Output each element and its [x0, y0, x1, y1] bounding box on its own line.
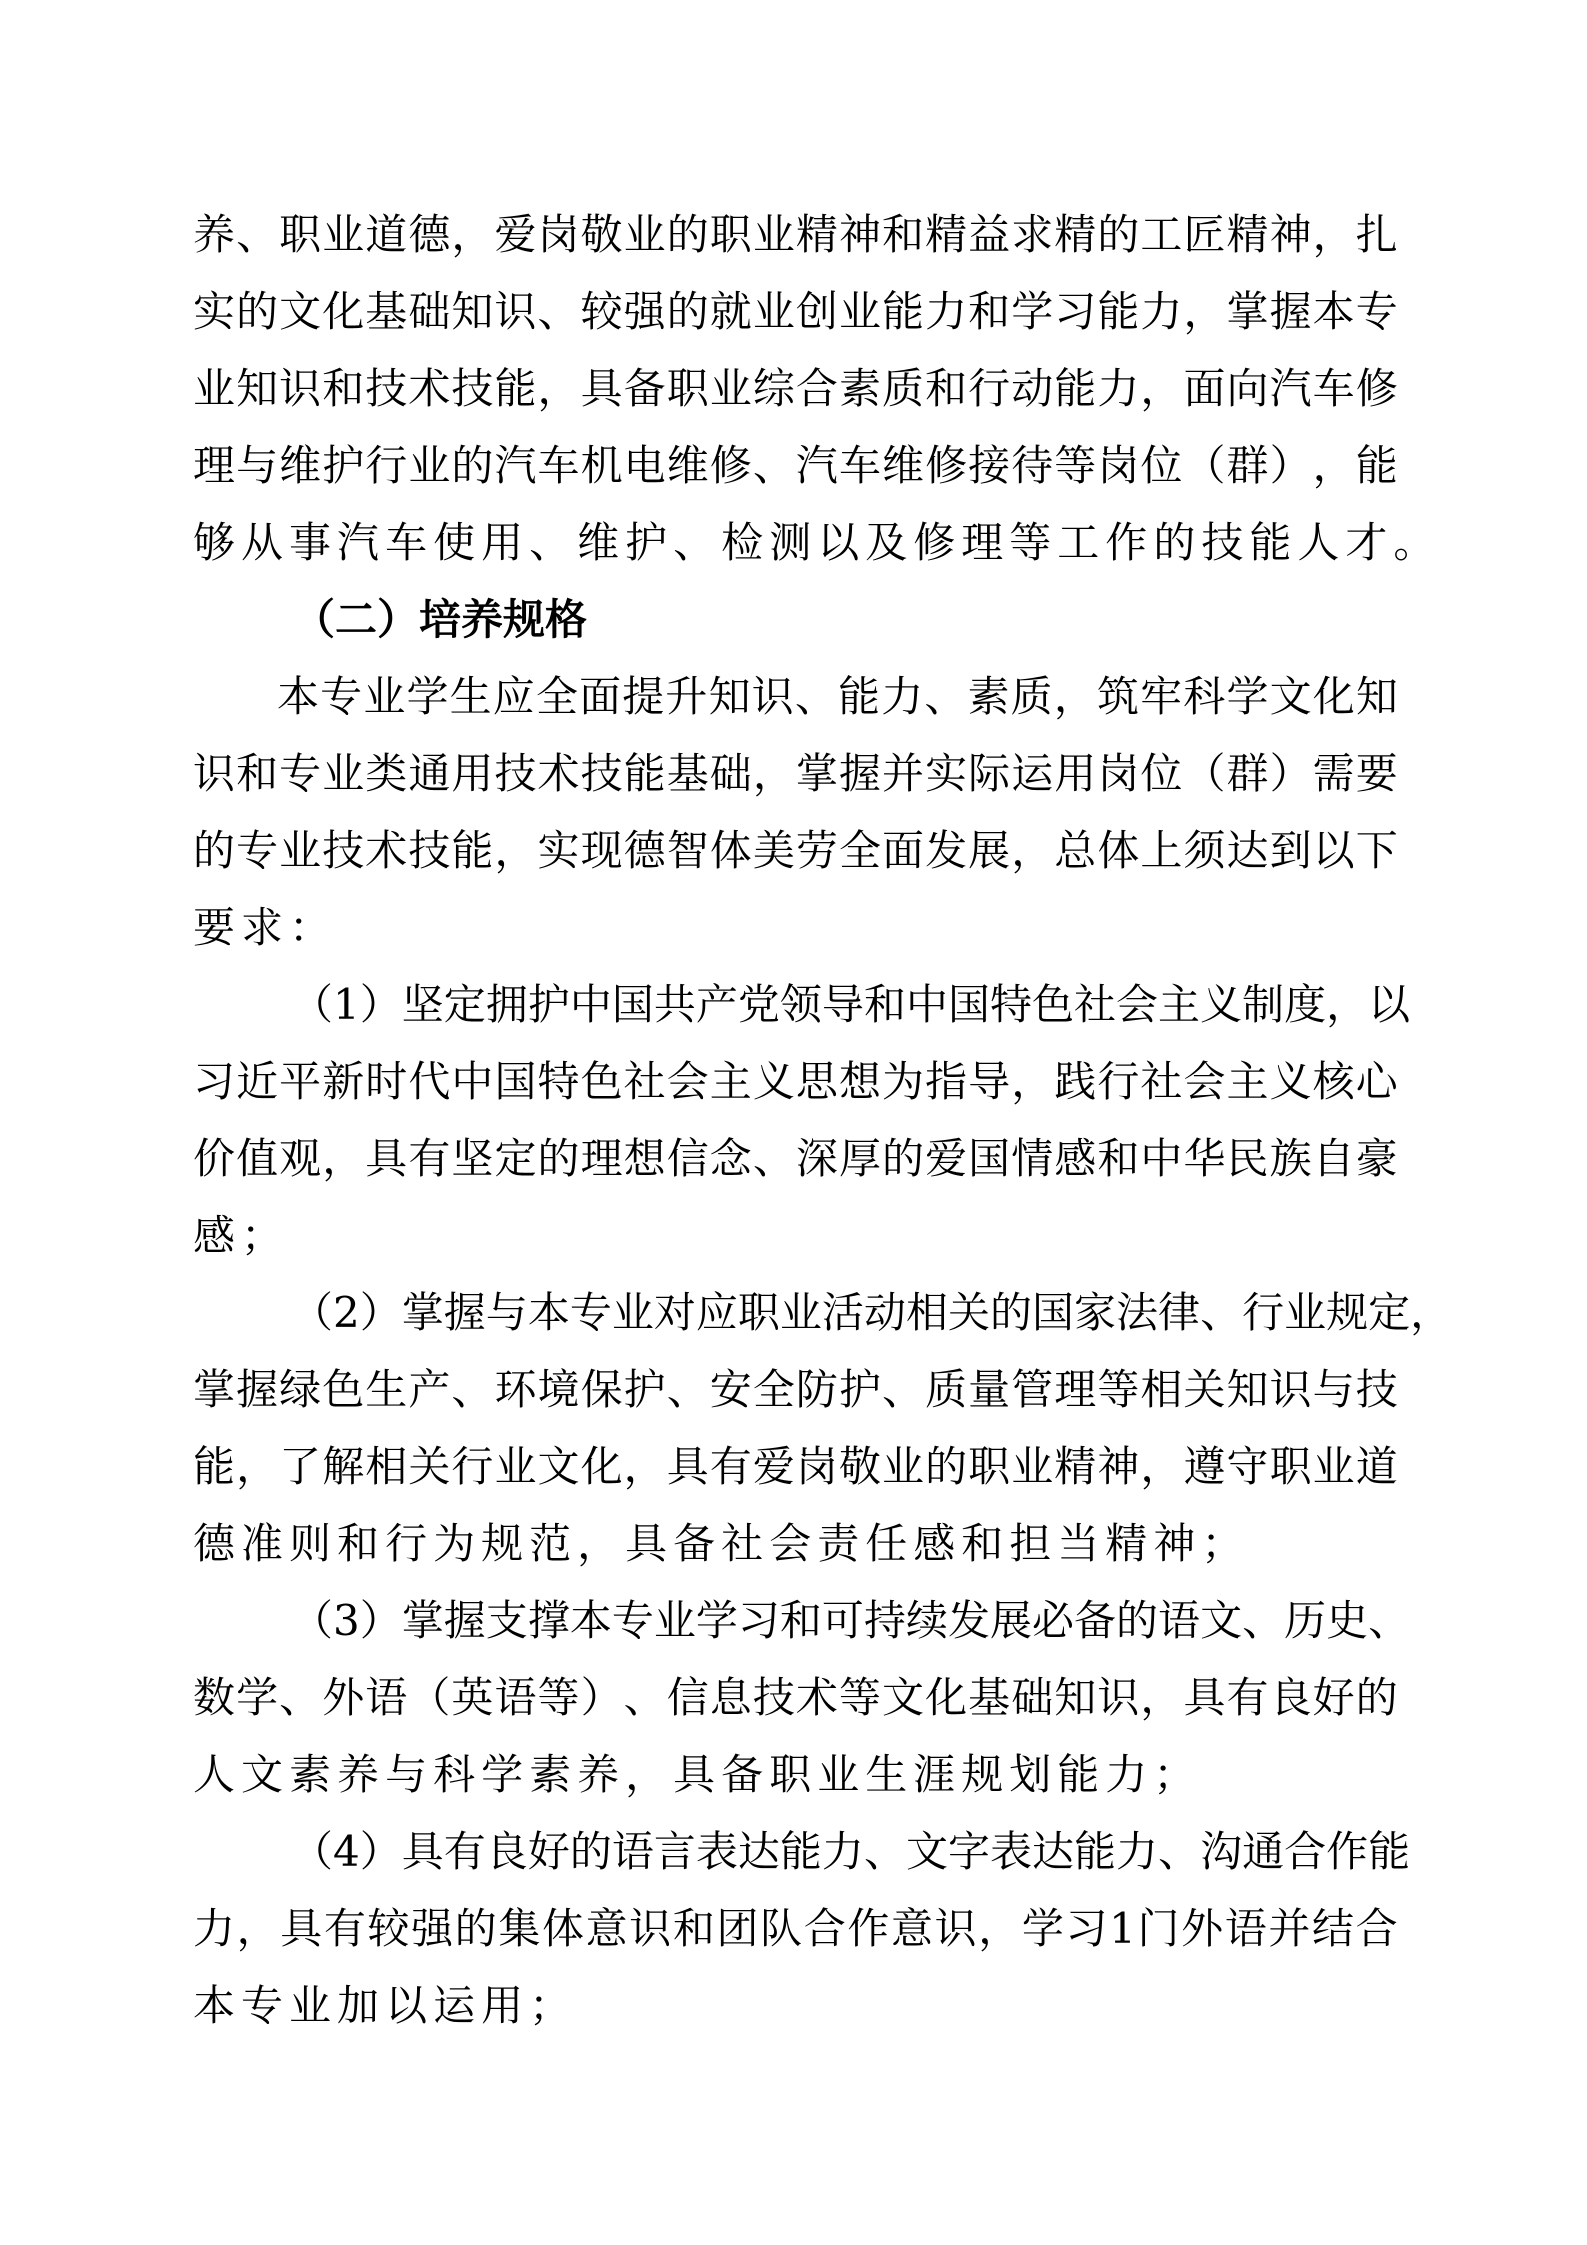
glyph: 业 — [654, 1591, 696, 1651]
glyph: 可 — [822, 1591, 864, 1651]
glyph: 知 — [709, 667, 751, 727]
glyph: 具 — [1183, 1668, 1225, 1728]
glyph: 职 — [769, 1745, 811, 1805]
glyph: 担 — [1009, 1514, 1051, 1574]
glyph: 爱 — [494, 205, 536, 265]
glyph: 质 — [882, 359, 924, 419]
glyph: 相 — [365, 1437, 407, 1497]
glyph: 、 — [924, 667, 966, 727]
glyph: 信 — [667, 1129, 709, 1189]
glyph: 群 — [1227, 436, 1269, 496]
glyph: 相 — [1140, 1360, 1182, 1420]
glyph: 较 — [368, 1899, 410, 1959]
glyph: ， — [577, 1514, 619, 1574]
glyph: 应 — [493, 667, 535, 727]
text-line: 实的文化基础知识、较强的就业创业能力和学习能力，掌握本专 — [193, 282, 1398, 359]
glyph: 业 — [1284, 1283, 1326, 1343]
glyph: 学 — [236, 1668, 278, 1728]
glyph: 养 — [193, 205, 235, 265]
glyph: 知 — [1227, 1360, 1269, 1420]
glyph: ， — [1183, 282, 1225, 342]
glyph: 识 — [629, 1899, 671, 1959]
glyph: 行 — [1242, 1283, 1284, 1343]
glyph: 律 — [1158, 1283, 1200, 1343]
text-line: 识和专业类通用技术技能基础，掌握并实际运用岗位（群）需要 — [193, 744, 1398, 821]
text-line: （1）坚定拥护中国共产党领导和中国特色社会主义制度，以 — [193, 975, 1398, 1052]
glyph: 全 — [753, 1360, 795, 1420]
glyph: （ — [408, 1668, 450, 1728]
glyph: 全 — [536, 667, 578, 727]
glyph: （ — [291, 975, 333, 1035]
glyph: 精 — [1227, 205, 1269, 265]
glyph: 意 — [586, 1899, 628, 1959]
glyph: 展 — [968, 821, 1010, 881]
glyph: 有 — [444, 1822, 486, 1882]
glyph: 维 — [882, 436, 924, 496]
glyph: 业 — [408, 436, 450, 496]
glyph: 备 — [721, 1745, 763, 1805]
glyph: 义 — [1200, 975, 1242, 1035]
glyph: 能 — [1356, 436, 1398, 496]
glyph: 技 — [1201, 513, 1243, 573]
glyph: ， — [322, 1129, 364, 1189]
glyph: 技 — [365, 359, 407, 419]
glyph: 语 — [1158, 1591, 1200, 1651]
glyph: 价 — [193, 1129, 235, 1189]
glyph: 掌 — [402, 1591, 444, 1651]
glyph: 值 — [236, 1129, 278, 1189]
glyph: 握 — [1270, 282, 1312, 342]
glyph: 环 — [494, 1360, 536, 1420]
glyph: 能 — [1097, 282, 1139, 342]
glyph: 能 — [882, 282, 924, 342]
glyph: 英 — [451, 1668, 493, 1728]
glyph: ， — [624, 1437, 666, 1497]
requirement-item-2: （2）掌握与本专业对应职业活动相关的国家法律、行业规定， 掌握绿色生产、环境保护… — [193, 1283, 1398, 1591]
glyph: 中 — [451, 1052, 493, 1112]
glyph: （ — [291, 1591, 333, 1651]
glyph: 通 — [408, 744, 450, 804]
glyph: 技 — [408, 821, 450, 881]
glyph: 和 — [673, 1899, 715, 1959]
glyph: 观 — [279, 1129, 321, 1189]
glyph: 科 — [433, 1745, 475, 1805]
glyph: ， — [538, 359, 580, 419]
glyph: ， — [237, 1899, 279, 1959]
glyph: 定 — [1368, 1283, 1410, 1343]
glyph: 从 — [241, 513, 283, 573]
glyph: 的 — [1356, 1668, 1398, 1728]
glyph: 业 — [753, 282, 795, 342]
glyph: 有 — [1227, 1668, 1269, 1728]
glyph: 养 — [337, 1745, 379, 1805]
glyph: 持 — [864, 1591, 906, 1651]
glyph: 新 — [322, 1052, 364, 1112]
glyph: 专 — [241, 1976, 283, 2036]
text-line: 本专业学生应全面提升知识、能力、素质，筑牢科学文化知 — [193, 667, 1398, 744]
glyph: 外 — [322, 1668, 364, 1728]
glyph: 行 — [365, 436, 407, 496]
glyph: 的 — [667, 282, 709, 342]
glyph: 业 — [322, 744, 364, 804]
glyph: 会 — [769, 1514, 811, 1574]
glyph: 、 — [1368, 1591, 1410, 1651]
glyph: 会 — [1116, 975, 1158, 1035]
glyph: 能 — [451, 821, 493, 881]
glyph: 保 — [581, 1360, 623, 1420]
glyph: 队 — [760, 1899, 802, 1959]
glyph: 涯 — [913, 1745, 955, 1805]
glyph: 动 — [864, 1283, 906, 1343]
glyph: ， — [451, 205, 493, 265]
glyph: 学 — [406, 667, 448, 727]
glyph: 要 — [193, 898, 235, 958]
glyph: 主 — [710, 1052, 752, 1112]
glyph: 达 — [1032, 1822, 1074, 1882]
glyph: 能 — [193, 1437, 235, 1497]
glyph: 撑 — [528, 1591, 570, 1651]
glyph: 。 — [1393, 513, 1435, 573]
glyph: 主 — [1227, 1052, 1269, 1112]
glyph: 人 — [193, 1745, 235, 1805]
glyph: 术 — [365, 821, 407, 881]
glyph: 汽 — [337, 513, 379, 573]
glyph: 社 — [624, 1052, 666, 1112]
glyph: 车 — [1313, 359, 1355, 419]
glyph: 情 — [1011, 1129, 1053, 1189]
glyph: 能 — [838, 667, 880, 727]
glyph: 想 — [624, 1129, 666, 1189]
document-page: 养、职业道德，爱岗敬业的职业精神和精益求精的工匠精神，扎 实的文化基础知识、较强… — [0, 0, 1587, 2245]
glyph: 规 — [481, 1514, 523, 1574]
glyph: 的 — [925, 1437, 967, 1497]
glyph: 业 — [1011, 1437, 1053, 1497]
glyph: 感 — [193, 1206, 235, 1266]
glyph: 使 — [433, 513, 475, 573]
glyph: 学 — [1011, 282, 1053, 342]
glyph: 敬 — [839, 1437, 881, 1497]
glyph: 知 — [236, 359, 278, 419]
glyph: 与 — [236, 436, 278, 496]
glyph: 范 — [529, 1514, 571, 1574]
glyph: 文 — [279, 282, 321, 342]
glyph: 神 — [1270, 205, 1312, 265]
glyph: 职 — [1270, 1437, 1312, 1497]
glyph: 的 — [570, 1822, 612, 1882]
glyph: 坚 — [402, 975, 444, 1035]
glyph: 中 — [570, 975, 612, 1035]
glyph: 护 — [624, 1360, 666, 1420]
glyph: ， — [1140, 1437, 1182, 1497]
glyph: 技 — [451, 359, 493, 419]
glyph: 岗 — [1097, 436, 1139, 496]
glyph: 劳 — [796, 821, 838, 881]
glyph: 关 — [408, 1437, 450, 1497]
glyph: 工 — [1140, 205, 1182, 265]
glyph: 中 — [1140, 1129, 1182, 1189]
glyph: 集 — [498, 1899, 540, 1959]
glyph: 规 — [961, 1745, 1003, 1805]
glyph: ） — [360, 1822, 402, 1882]
glyph: 养 — [577, 1745, 619, 1805]
glyph: 修 — [925, 436, 967, 496]
glyph: 义 — [753, 1052, 795, 1112]
glyph: 识 — [1270, 1360, 1312, 1420]
glyph: 握 — [444, 1283, 486, 1343]
glyph: 位 — [1140, 436, 1182, 496]
glyph: 习 — [738, 1591, 780, 1651]
glyph: 术 — [796, 1668, 838, 1728]
glyph: 的 — [538, 1129, 580, 1189]
glyph: 需 — [1313, 744, 1355, 804]
glyph: 业 — [1313, 1437, 1355, 1497]
glyph: 产 — [408, 1360, 450, 1420]
glyph: 的 — [1153, 513, 1195, 573]
glyph: 厚 — [839, 1129, 881, 1189]
glyph: 、 — [236, 205, 278, 265]
glyph: 史 — [1326, 1591, 1368, 1651]
glyph: 色 — [322, 1360, 364, 1420]
glyph: 共 — [654, 975, 696, 1035]
glyph: 习 — [1066, 1899, 1108, 1959]
glyph: 力 — [881, 667, 923, 727]
glyph: 以 — [385, 1976, 427, 2036]
glyph: 能 — [1054, 359, 1096, 419]
glyph: 时 — [365, 1052, 407, 1112]
glyph: 核 — [1313, 1052, 1355, 1112]
glyph: 表 — [696, 1822, 738, 1882]
glyph: 作 — [1326, 1822, 1368, 1882]
glyph: 业 — [279, 821, 321, 881]
glyph: 为 — [433, 1514, 475, 1574]
glyph: 作 — [1105, 513, 1147, 573]
glyph: 并 — [882, 744, 924, 804]
glyph: ； — [1201, 1514, 1243, 1574]
glyph: ， — [1011, 821, 1053, 881]
glyph: 具 — [365, 1129, 407, 1189]
text-line: 数学、外语（英语等）、信息技术等文化基础知识，具有良好的 — [193, 1668, 1398, 1745]
glyph: 和 — [864, 975, 906, 1035]
section-heading-text: （二）培养规格 — [193, 590, 1398, 667]
glyph: 必 — [1032, 1591, 1074, 1651]
glyph: 力 — [822, 1822, 864, 1882]
glyph: 专 — [320, 667, 362, 727]
glyph: 准 — [241, 1514, 283, 1574]
glyph: 础 — [1011, 1668, 1053, 1728]
glyph: 、 — [795, 667, 837, 727]
glyph: 术 — [538, 744, 580, 804]
glyph: 好 — [528, 1822, 570, 1882]
glyph: 合 — [796, 359, 838, 419]
glyph: 华 — [1183, 1129, 1225, 1189]
glyph: 体 — [1097, 821, 1139, 881]
glyph: 、 — [451, 1360, 493, 1420]
glyph: 安 — [710, 1360, 752, 1420]
glyph: ， — [625, 1745, 667, 1805]
glyph: 事 — [289, 513, 331, 573]
glyph: 支 — [486, 1591, 528, 1651]
glyph: ， — [978, 1899, 1020, 1959]
text-line: 要求： — [193, 898, 1398, 975]
glyph: 产 — [696, 975, 738, 1035]
glyph: 职 — [710, 205, 752, 265]
glyph: 掌 — [1227, 282, 1269, 342]
glyph: 知 — [1054, 1668, 1096, 1728]
glyph: 达 — [738, 1822, 780, 1882]
glyph: 划 — [1009, 1745, 1051, 1805]
glyph: ， — [753, 744, 795, 804]
glyph: 文 — [241, 1745, 283, 1805]
glyph: 业 — [193, 359, 235, 419]
glyph: 力 — [1097, 359, 1139, 419]
glyph: 与 — [486, 1283, 528, 1343]
glyph: 念 — [710, 1129, 752, 1189]
glyph: 的 — [193, 821, 235, 881]
glyph: 提 — [622, 667, 664, 727]
glyph: ， — [1011, 1052, 1053, 1112]
glyph: 职 — [968, 1437, 1010, 1497]
glyph: 团 — [717, 1899, 759, 1959]
glyph: 力 — [1140, 282, 1182, 342]
glyph: 制 — [1242, 975, 1284, 1035]
glyph: 业 — [494, 1437, 536, 1497]
glyph: 精 — [1054, 1437, 1096, 1497]
glyph: 神 — [1153, 1514, 1195, 1574]
glyph: 防 — [796, 1360, 838, 1420]
glyph: 全 — [839, 821, 881, 881]
glyph: 、 — [864, 1822, 906, 1882]
glyph: 具 — [280, 1899, 322, 1959]
glyph: 基 — [667, 744, 709, 804]
glyph: 技 — [1356, 1360, 1398, 1420]
glyph: 扎 — [1356, 205, 1398, 265]
glyph: 和 — [236, 744, 278, 804]
glyph: 修 — [710, 436, 752, 496]
glyph: ， — [236, 1437, 278, 1497]
glyph: 汽 — [796, 436, 838, 496]
glyph: 相 — [906, 1283, 948, 1343]
glyph: 文 — [1200, 1591, 1242, 1651]
glyph: 表 — [990, 1822, 1032, 1882]
glyph: 坚 — [451, 1129, 493, 1189]
glyph: 践 — [1054, 1052, 1096, 1112]
glyph: 识 — [752, 667, 794, 727]
paragraph-training-goal-continuation: 养、职业道德，爱岗敬业的职业精神和精益求精的工匠精神，扎 实的文化基础知识、较强… — [193, 205, 1398, 590]
glyph: 化 — [1313, 667, 1355, 727]
glyph: 的 — [236, 282, 278, 342]
glyph: 字 — [948, 1822, 990, 1882]
glyph: 加 — [337, 1976, 379, 2036]
text-line: 人文素养与科学素养，具备职业生涯规划能力； — [193, 1745, 1398, 1822]
glyph: 文 — [1270, 667, 1312, 727]
glyph: 关 — [948, 1283, 990, 1343]
glyph: 敬 — [581, 205, 623, 265]
text-line: 业知识和技术技能，具备职业综合素质和行动能力，面向汽车修 — [193, 359, 1398, 436]
glyph: 3 — [333, 1591, 360, 1651]
glyph: 信 — [667, 1668, 709, 1728]
glyph: 与 — [1313, 1360, 1355, 1420]
text-line: （3）掌握支撑本专业学习和可持续发展必备的语文、历史、 — [193, 1591, 1398, 1668]
glyph: 升 — [665, 667, 707, 727]
glyph: 道 — [365, 205, 407, 265]
glyph: 爱 — [925, 1129, 967, 1189]
glyph: 以 — [817, 513, 859, 573]
glyph: 、 — [529, 513, 571, 573]
glyph: 理 — [581, 1129, 623, 1189]
glyph: 思 — [796, 1052, 838, 1112]
glyph: 具 — [667, 1437, 709, 1497]
glyph: 具 — [625, 1514, 667, 1574]
glyph: 上 — [1140, 821, 1182, 881]
glyph: 精 — [1105, 1514, 1147, 1574]
glyph: 有 — [324, 1899, 366, 1959]
glyph: 度 — [1284, 975, 1326, 1035]
glyph: 业 — [753, 205, 795, 265]
glyph: 中 — [906, 975, 948, 1035]
glyph: 用 — [1054, 744, 1096, 804]
glyph: 握 — [236, 1360, 278, 1420]
glyph: 精 — [796, 205, 838, 265]
glyph: 等 — [1054, 436, 1096, 496]
glyph: 发 — [925, 821, 967, 881]
glyph: 和 — [925, 359, 967, 419]
glyph: （ — [1183, 744, 1225, 804]
glyph: 学 — [1226, 667, 1268, 727]
glyph: 运 — [433, 1976, 475, 2036]
glyph: 求 — [1011, 205, 1053, 265]
glyph: 面 — [882, 821, 924, 881]
glyph: ， — [1140, 1668, 1182, 1728]
glyph: 素 — [839, 359, 881, 419]
glyph: 群 — [1227, 744, 1269, 804]
glyph: 质 — [925, 1360, 967, 1420]
glyph: 实 — [925, 744, 967, 804]
glyph: 感 — [913, 1514, 955, 1574]
glyph: 历 — [1284, 1591, 1326, 1651]
glyph: 和 — [322, 359, 364, 419]
glyph: 具 — [402, 1822, 444, 1882]
glyph: ） — [1270, 436, 1312, 496]
glyph: 力 — [925, 282, 967, 342]
glyph: 用 — [451, 744, 493, 804]
glyph: 能 — [1249, 513, 1291, 573]
glyph: 识 — [935, 1899, 977, 1959]
glyph: 定 — [444, 975, 486, 1035]
glyph: 语 — [612, 1822, 654, 1882]
glyph: 到 — [1270, 821, 1312, 881]
glyph: 规 — [1326, 1283, 1368, 1343]
glyph: 较 — [581, 282, 623, 342]
glyph: 备 — [624, 359, 666, 419]
glyph: 学 — [1022, 1899, 1064, 1959]
glyph: ， — [1140, 359, 1182, 419]
glyph: 应 — [696, 1283, 738, 1343]
glyph: 达 — [1227, 821, 1269, 881]
glyph: 导 — [968, 1052, 1010, 1112]
glyph: 理 — [1054, 1360, 1096, 1420]
glyph: 发 — [948, 1591, 990, 1651]
glyph: 、 — [673, 513, 715, 573]
glyph: ； — [529, 1976, 571, 2036]
glyph: 文 — [538, 1437, 580, 1497]
glyph: 理 — [193, 436, 235, 496]
glyph: 现 — [581, 821, 623, 881]
glyph: 当 — [1057, 1514, 1099, 1574]
glyph: 业 — [710, 359, 752, 419]
glyph: 豪 — [1356, 1129, 1398, 1189]
glyph: 素 — [289, 1745, 331, 1805]
glyph: 和 — [780, 1591, 822, 1651]
